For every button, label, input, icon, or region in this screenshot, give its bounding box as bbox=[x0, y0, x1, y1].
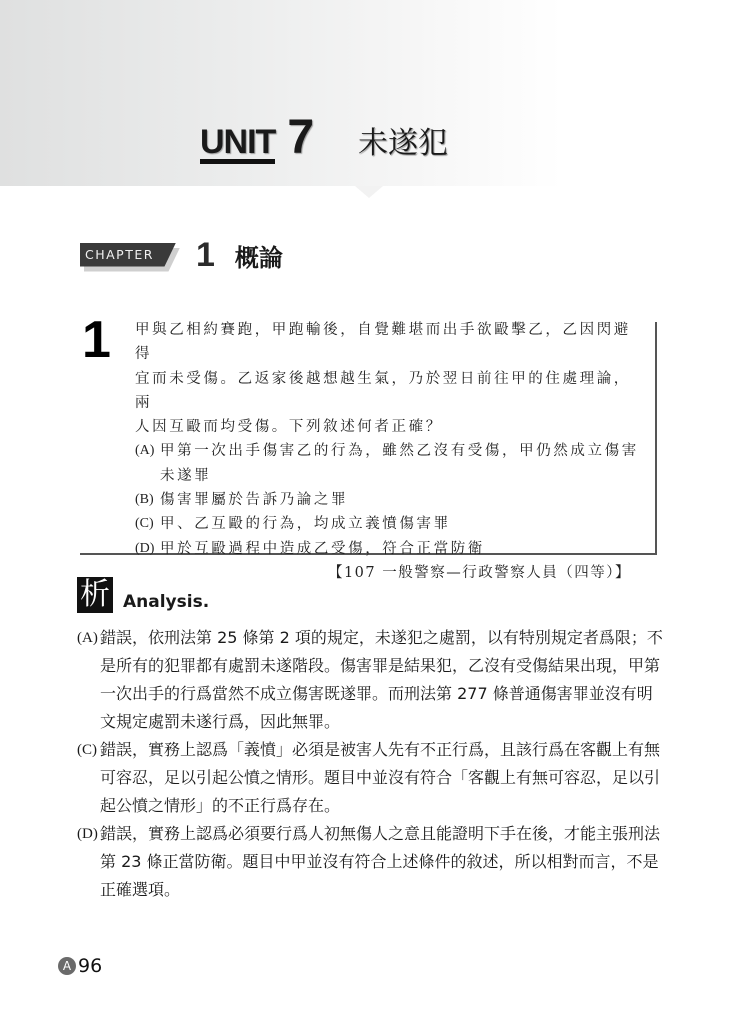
analysis-text: 錯誤，實務上認爲必須要行爲人初無傷人之意且能證明下手在後，才能主張刑法第 23 … bbox=[100, 820, 667, 904]
section-circle-icon: A bbox=[58, 957, 76, 975]
question-stem-line: 甲與乙相約賽跑，甲跑輸後，自覺難堪而出手欲毆擊乙，乙因閃避得 bbox=[135, 318, 645, 367]
analysis-title: Analysis. bbox=[123, 592, 209, 612]
question-source: 【107 一般警察—行政警察人員（四等）】 bbox=[135, 561, 645, 585]
question-stem-line: 宜而未受傷。乙返家後越想越生氣，乃於翌日前往甲的住處理論，兩 bbox=[135, 367, 645, 416]
option-text: 傷害罪屬於告訴乃論之罪 bbox=[160, 488, 645, 512]
chapter-title: 概論 bbox=[235, 238, 283, 273]
option-b: (B) 傷害罪屬於告訴乃論之罪 bbox=[135, 488, 645, 512]
option-text: 甲第一次出手傷害乙的行為，雖然乙沒有受傷，甲仍然成立傷害未遂罪 bbox=[160, 439, 645, 488]
unit-title: UNIT 7 未遂犯 bbox=[200, 110, 448, 165]
analysis-label: (C) bbox=[77, 736, 100, 820]
page-number: A 96 bbox=[58, 955, 102, 977]
header-notch-decoration bbox=[355, 186, 383, 198]
analysis-icon: 析 bbox=[77, 577, 113, 613]
analysis-label: (D) bbox=[77, 820, 100, 904]
page-number-value: 96 bbox=[78, 955, 102, 977]
chapter-number: 1 bbox=[196, 236, 215, 275]
analysis-item-a: (A) 錯誤，依刑法第 25 條第 2 項的規定，未遂犯之處罰，以有特別規定者爲… bbox=[77, 624, 667, 736]
question-number: 1 bbox=[82, 314, 111, 366]
option-a: (A) 甲第一次出手傷害乙的行為，雖然乙沒有受傷，甲仍然成立傷害未遂罪 bbox=[135, 439, 645, 488]
analysis-item-d: (D) 錯誤，實務上認爲必須要行爲人初無傷人之意且能證明下手在後，才能主張刑法第… bbox=[77, 820, 667, 904]
analysis-text: 錯誤，實務上認爲「義憤」必須是被害人先有不正行爲，且該行爲在客觀上有無可容忍，足… bbox=[100, 736, 667, 820]
analysis-text: 錯誤，依刑法第 25 條第 2 項的規定，未遂犯之處罰，以有特別規定者爲限；不是… bbox=[100, 624, 667, 736]
option-text: 甲於互毆過程中造成乙受傷，符合正當防衛 bbox=[160, 537, 645, 561]
option-d: (D) 甲於互毆過程中造成乙受傷，符合正當防衛 bbox=[135, 537, 645, 561]
analysis-heading: 析 Analysis. bbox=[77, 577, 209, 613]
option-c: (C) 甲、乙互毆的行為，均成立義憤傷害罪 bbox=[135, 512, 645, 536]
option-label: (C) bbox=[135, 512, 160, 536]
option-text: 甲、乙互毆的行為，均成立義憤傷害罪 bbox=[160, 512, 645, 536]
question-content: 甲與乙相約賽跑，甲跑輸後，自覺難堪而出手欲毆擊乙，乙因閃避得 宜而未受傷。乙返家… bbox=[135, 318, 645, 585]
option-label: (A) bbox=[135, 439, 160, 488]
unit-number: 7 bbox=[287, 110, 314, 165]
analysis-body: (A) 錯誤，依刑法第 25 條第 2 項的規定，未遂犯之處罰，以有特別規定者爲… bbox=[77, 624, 667, 904]
chapter-tag-label: CHAPTER bbox=[80, 243, 176, 267]
chapter-tag: CHAPTER bbox=[80, 243, 176, 269]
analysis-item-c: (C) 錯誤，實務上認爲「義憤」必須是被害人先有不正行爲，且該行爲在客觀上有無可… bbox=[77, 736, 667, 820]
chapter-heading: CHAPTER 1 概論 bbox=[80, 236, 283, 275]
unit-label: UNIT bbox=[200, 126, 275, 164]
option-label: (B) bbox=[135, 488, 160, 512]
question-stem-line: 人因互毆而均受傷。下列敘述何者正確？ bbox=[135, 415, 645, 439]
unit-name: 未遂犯 bbox=[358, 118, 448, 162]
option-label: (D) bbox=[135, 537, 160, 561]
analysis-label: (A) bbox=[77, 624, 100, 736]
